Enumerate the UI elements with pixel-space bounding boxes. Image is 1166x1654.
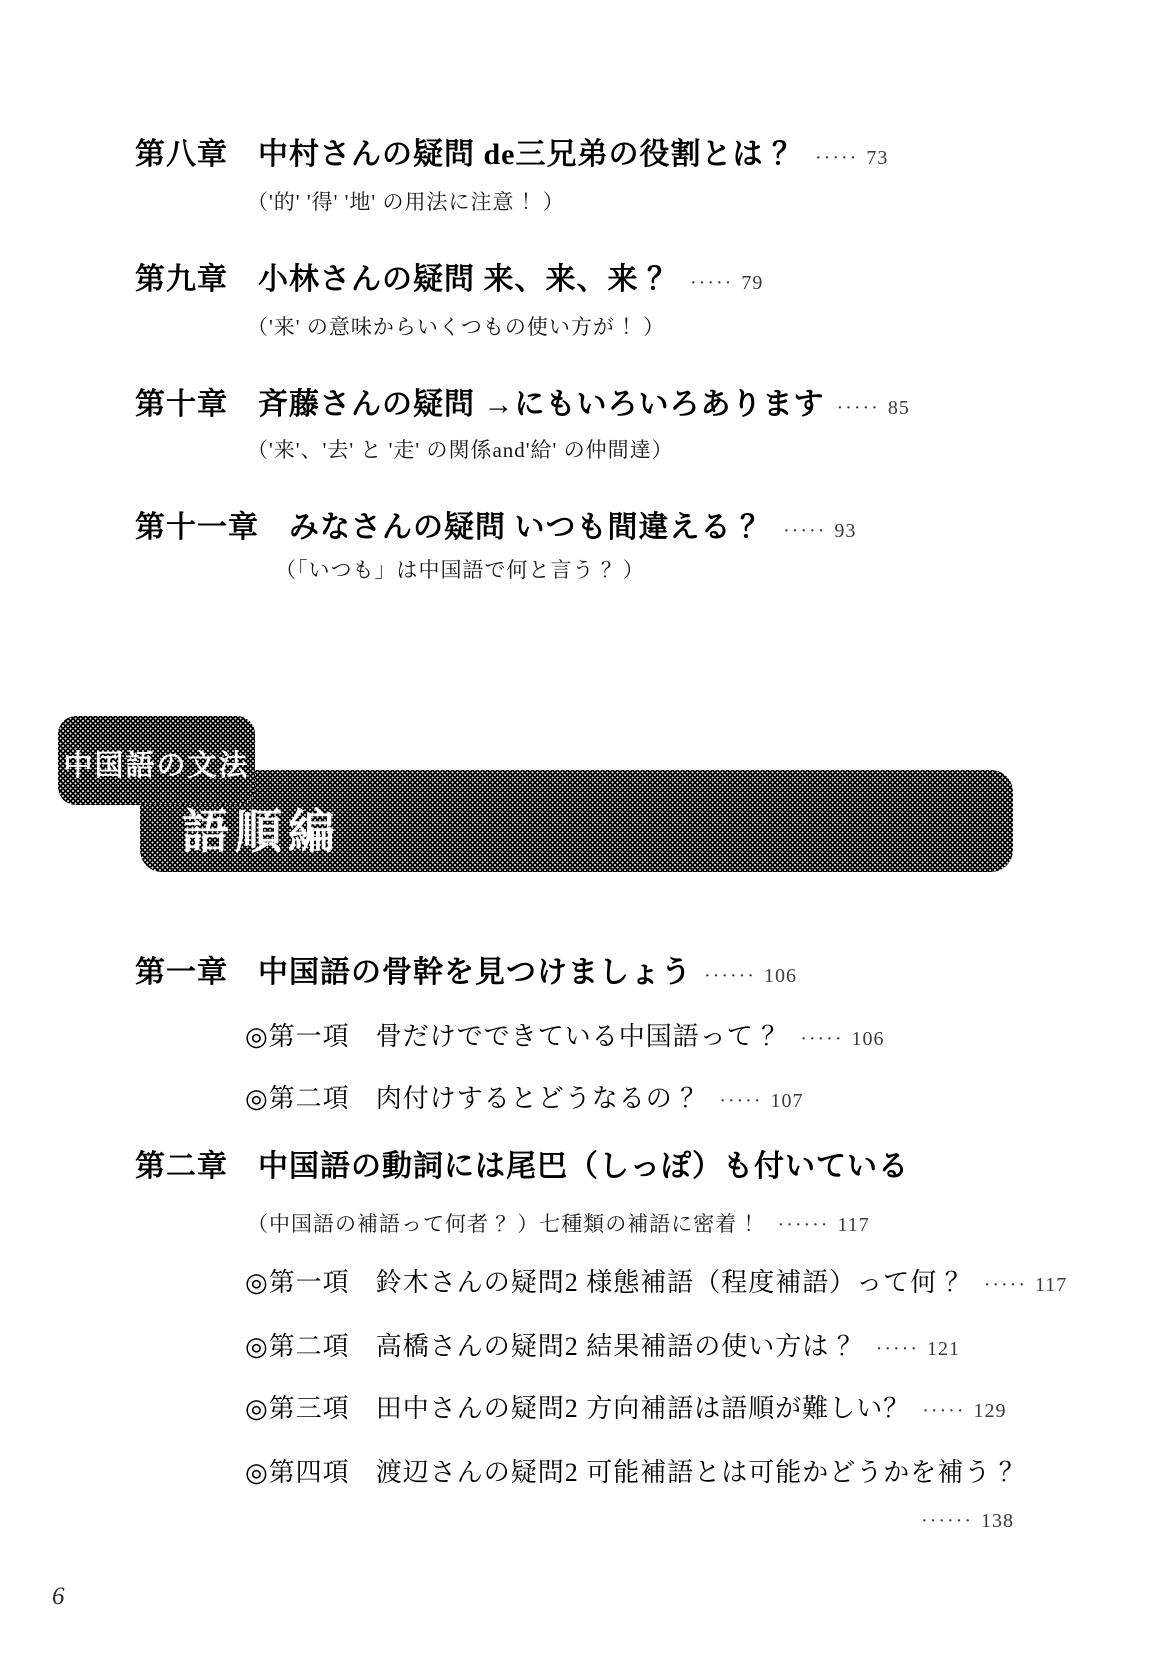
- toc-page: 第八章 中村さんの疑問 de三兄弟の役割とは ？ ·····73 （'的' '得…: [0, 0, 1166, 1654]
- item-pageref: ·····107: [719, 1090, 803, 1113]
- chapter-pageref: ·····93: [783, 520, 856, 543]
- chapter-title: 中村さんの疑問 de三兄弟の役割とは ？: [258, 138, 803, 173]
- chapter-label: 第九章: [135, 263, 228, 298]
- page-number-ref: 107: [771, 1090, 804, 1112]
- toc-item-ch1-sec2: ◎第二項 肉付けするとどうなるの ？ ·····107: [245, 1084, 804, 1114]
- page-number-ref: 129: [974, 1400, 1007, 1422]
- item-title: 鈴木さんの疑問2 様態補語（程度補語）って何 ？: [376, 1268, 972, 1298]
- page-number-ref: 117: [837, 1214, 869, 1236]
- chapter-label: 第十一章: [135, 511, 259, 546]
- chapter-note: （'来'、'去' と '走' の関係and'給' の仲間達）: [247, 438, 674, 462]
- item-title: 肉付けするとどうなるの ？: [376, 1084, 708, 1114]
- item-label: ◎第四項: [245, 1458, 350, 1488]
- dot-leader: ·····: [922, 1400, 965, 1422]
- chapter-pageref: ·····85: [837, 397, 910, 420]
- item-pageref: ·····129: [922, 1400, 1006, 1423]
- toc-item-ch1-sec1: ◎第一項 骨だけでできている中国語って ？ ·····106: [245, 1022, 885, 1052]
- toc-item-ch2-sec1: ◎第一項 鈴木さんの疑問2 様態補語（程度補語）って何 ？ ·····117: [245, 1268, 1067, 1298]
- chapter-note: （「いつも」は中国語で何と言う ？）: [275, 558, 645, 582]
- page-number-ref: 73: [866, 147, 888, 169]
- item-title: 田中さんの疑問2 方向補語は語順が難しい？: [376, 1394, 911, 1424]
- page-number-ref: 93: [834, 520, 856, 542]
- dot-leader: ·····: [815, 147, 858, 169]
- chapter-note: （'来' の意味からいくつもの使い方が ！）: [247, 315, 665, 339]
- toc-item-ch2-sec4-pageref: ······138: [921, 1510, 1014, 1533]
- page-number-ref: 85: [888, 397, 910, 419]
- toc-entry-chapter-8: 第八章 中村さんの疑問 de三兄弟の役割とは ？ ·····73: [135, 138, 888, 173]
- page-number-ref: 117: [1035, 1274, 1067, 1296]
- page-number-ref: 138: [981, 1510, 1014, 1532]
- dot-leader: ······: [778, 1214, 830, 1236]
- chapter-label: 第一章: [135, 956, 228, 991]
- item-label: ◎第二項: [245, 1084, 350, 1114]
- chapter-pageref: ······106: [704, 965, 797, 988]
- section-tab: 中国語の文法: [58, 716, 255, 805]
- dot-leader: ······: [921, 1510, 973, 1532]
- dot-leader: ······: [704, 965, 756, 987]
- toc-note-chapter-11: （「いつも」は中国語で何と言う ？）: [275, 558, 645, 582]
- toc-entry-part2-chapter-2: 第二章 中国語の動詞には尾巴（しっぽ）も付いている: [135, 1150, 909, 1185]
- item-label: ◎第三項: [245, 1394, 350, 1424]
- item-title: 骨だけでできている中国語って ？: [376, 1022, 789, 1052]
- toc-item-ch2-sec4: ◎第四項 渡辺さんの疑問2 可能補語とは可能かどうかを補う ？: [245, 1458, 1026, 1488]
- page-number-ref: 121: [927, 1338, 960, 1360]
- item-pageref: ·····106: [800, 1028, 884, 1051]
- item-label: ◎第一項: [245, 1268, 350, 1298]
- item-label: ◎第一項: [245, 1022, 350, 1052]
- chapter-title: みなさんの疑問 いつも間違える ？: [289, 511, 771, 546]
- toc-item-ch2-sec3: ◎第三項 田中さんの疑問2 方向補語は語順が難しい？ ·····129: [245, 1394, 1007, 1424]
- item-pageref: ·····121: [876, 1338, 960, 1361]
- toc-note-chapter-8: （'的' '得' '地' の用法に注意 ！）: [247, 190, 565, 214]
- chapter-note: （中国語の補語って何者 ？）七種類の補語に密着 ！: [247, 1212, 766, 1236]
- dot-leader: ·····: [690, 272, 733, 294]
- section-banner-title: 語順編: [182, 795, 341, 862]
- chapter-title: 小林さんの疑問 来、来、来 ？: [258, 263, 678, 298]
- item-label: ◎第二項: [245, 1332, 350, 1362]
- chapter-note: （'的' '得' '地' の用法に注意 ！）: [247, 190, 565, 214]
- page-number-ref: 106: [764, 965, 797, 987]
- chapter-title: 中国語の動詞には尾巴（しっぽ）も付いている: [258, 1150, 909, 1185]
- toc-note-chapter-9: （'来' の意味からいくつもの使い方が ！）: [247, 315, 665, 339]
- toc-entry-chapter-11: 第十一章 みなさんの疑問 いつも間違える ？ ·····93: [135, 511, 856, 546]
- chapter-note-pageref: ······117: [778, 1214, 870, 1237]
- chapter-pageref: ·····73: [815, 147, 888, 170]
- chapter-label: 第二章: [135, 1150, 228, 1185]
- dot-leader: ·····: [984, 1274, 1027, 1296]
- chapter-title: 中国語の骨幹を見つけましょう: [258, 956, 692, 991]
- toc-note-chapter-10: （'来'、'去' と '走' の関係and'給' の仲間達）: [247, 438, 674, 462]
- chapter-label: 第十章: [135, 388, 228, 423]
- dot-leader: ·····: [783, 520, 826, 542]
- chapter-pageref: ·····79: [690, 272, 763, 295]
- item-pageref: ·····117: [984, 1274, 1068, 1297]
- dot-leader: ·····: [837, 397, 880, 419]
- chapter-title: 斉藤さんの疑問 →にもいろいろあります: [258, 388, 825, 423]
- toc-item-ch2-sec2: ◎第二項 高橋さんの疑問2 結果補語の使い方は ？ ·····121: [245, 1332, 960, 1362]
- chapter-label: 第八章: [135, 138, 228, 173]
- page-number-ref: 106: [852, 1028, 885, 1050]
- dot-leader: ·····: [719, 1090, 762, 1112]
- page-number: 6: [52, 1583, 65, 1611]
- toc-note-part2-chapter-2: （中国語の補語って何者 ？）七種類の補語に密着 ！ ······117: [247, 1212, 870, 1237]
- toc-entry-part2-chapter-1: 第一章 中国語の骨幹を見つけましょう ······106: [135, 956, 797, 991]
- item-title: 高橋さんの疑問2 結果補語の使い方は ？: [376, 1332, 864, 1362]
- section-tab-label: 中国語の文法: [63, 743, 249, 784]
- toc-entry-chapter-9: 第九章 小林さんの疑問 来、来、来 ？ ·····79: [135, 263, 763, 298]
- section-banner: 語順編: [140, 770, 1013, 872]
- toc-entry-chapter-10: 第十章 斉藤さんの疑問 →にもいろいろあります ·····85: [135, 388, 910, 423]
- item-title: 渡辺さんの疑問2 可能補語とは可能かどうかを補う ？: [376, 1458, 1026, 1488]
- dot-leader: ·····: [876, 1338, 919, 1360]
- page-number-ref: 79: [741, 272, 763, 294]
- dot-leader: ·····: [800, 1028, 843, 1050]
